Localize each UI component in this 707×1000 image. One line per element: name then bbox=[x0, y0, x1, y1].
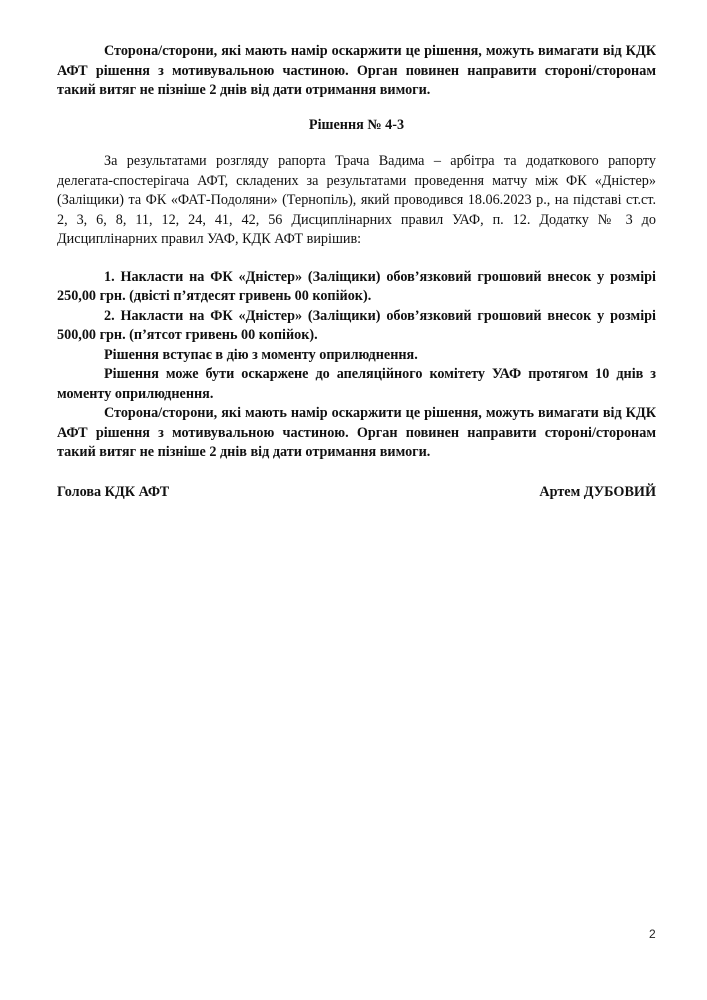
document-page: Сторона/сторони, які мають намір оскаржи… bbox=[57, 42, 656, 502]
decision-preamble: За результатами розгляду рапорта Трача В… bbox=[57, 152, 656, 250]
appeal-note-top: Сторона/сторони, які мають намір оскаржи… bbox=[57, 42, 656, 101]
signatory-position: Голова КДК АФТ bbox=[57, 483, 169, 503]
page-number: 2 bbox=[649, 927, 656, 941]
appeal-committee-note: Рішення може бути оскаржене до апеляційн… bbox=[57, 365, 656, 404]
decision-title: Рішення № 4-3 bbox=[57, 116, 656, 136]
signatory-name: Артем ДУБОВИЙ bbox=[539, 483, 656, 503]
signature-block: Голова КДК АФТ Артем ДУБОВИЙ bbox=[57, 483, 656, 503]
appeal-note-bottom: Сторона/сторони, які мають намір оскаржи… bbox=[57, 404, 656, 463]
effective-note: Рішення вступає в дію з моменту оприлюдн… bbox=[57, 346, 656, 366]
ruling-item-2: 2. Накласти на ФК «Дністер» (Заліщики) о… bbox=[57, 307, 656, 346]
ruling-item-1: 1. Накласти на ФК «Дністер» (Заліщики) о… bbox=[57, 268, 656, 307]
